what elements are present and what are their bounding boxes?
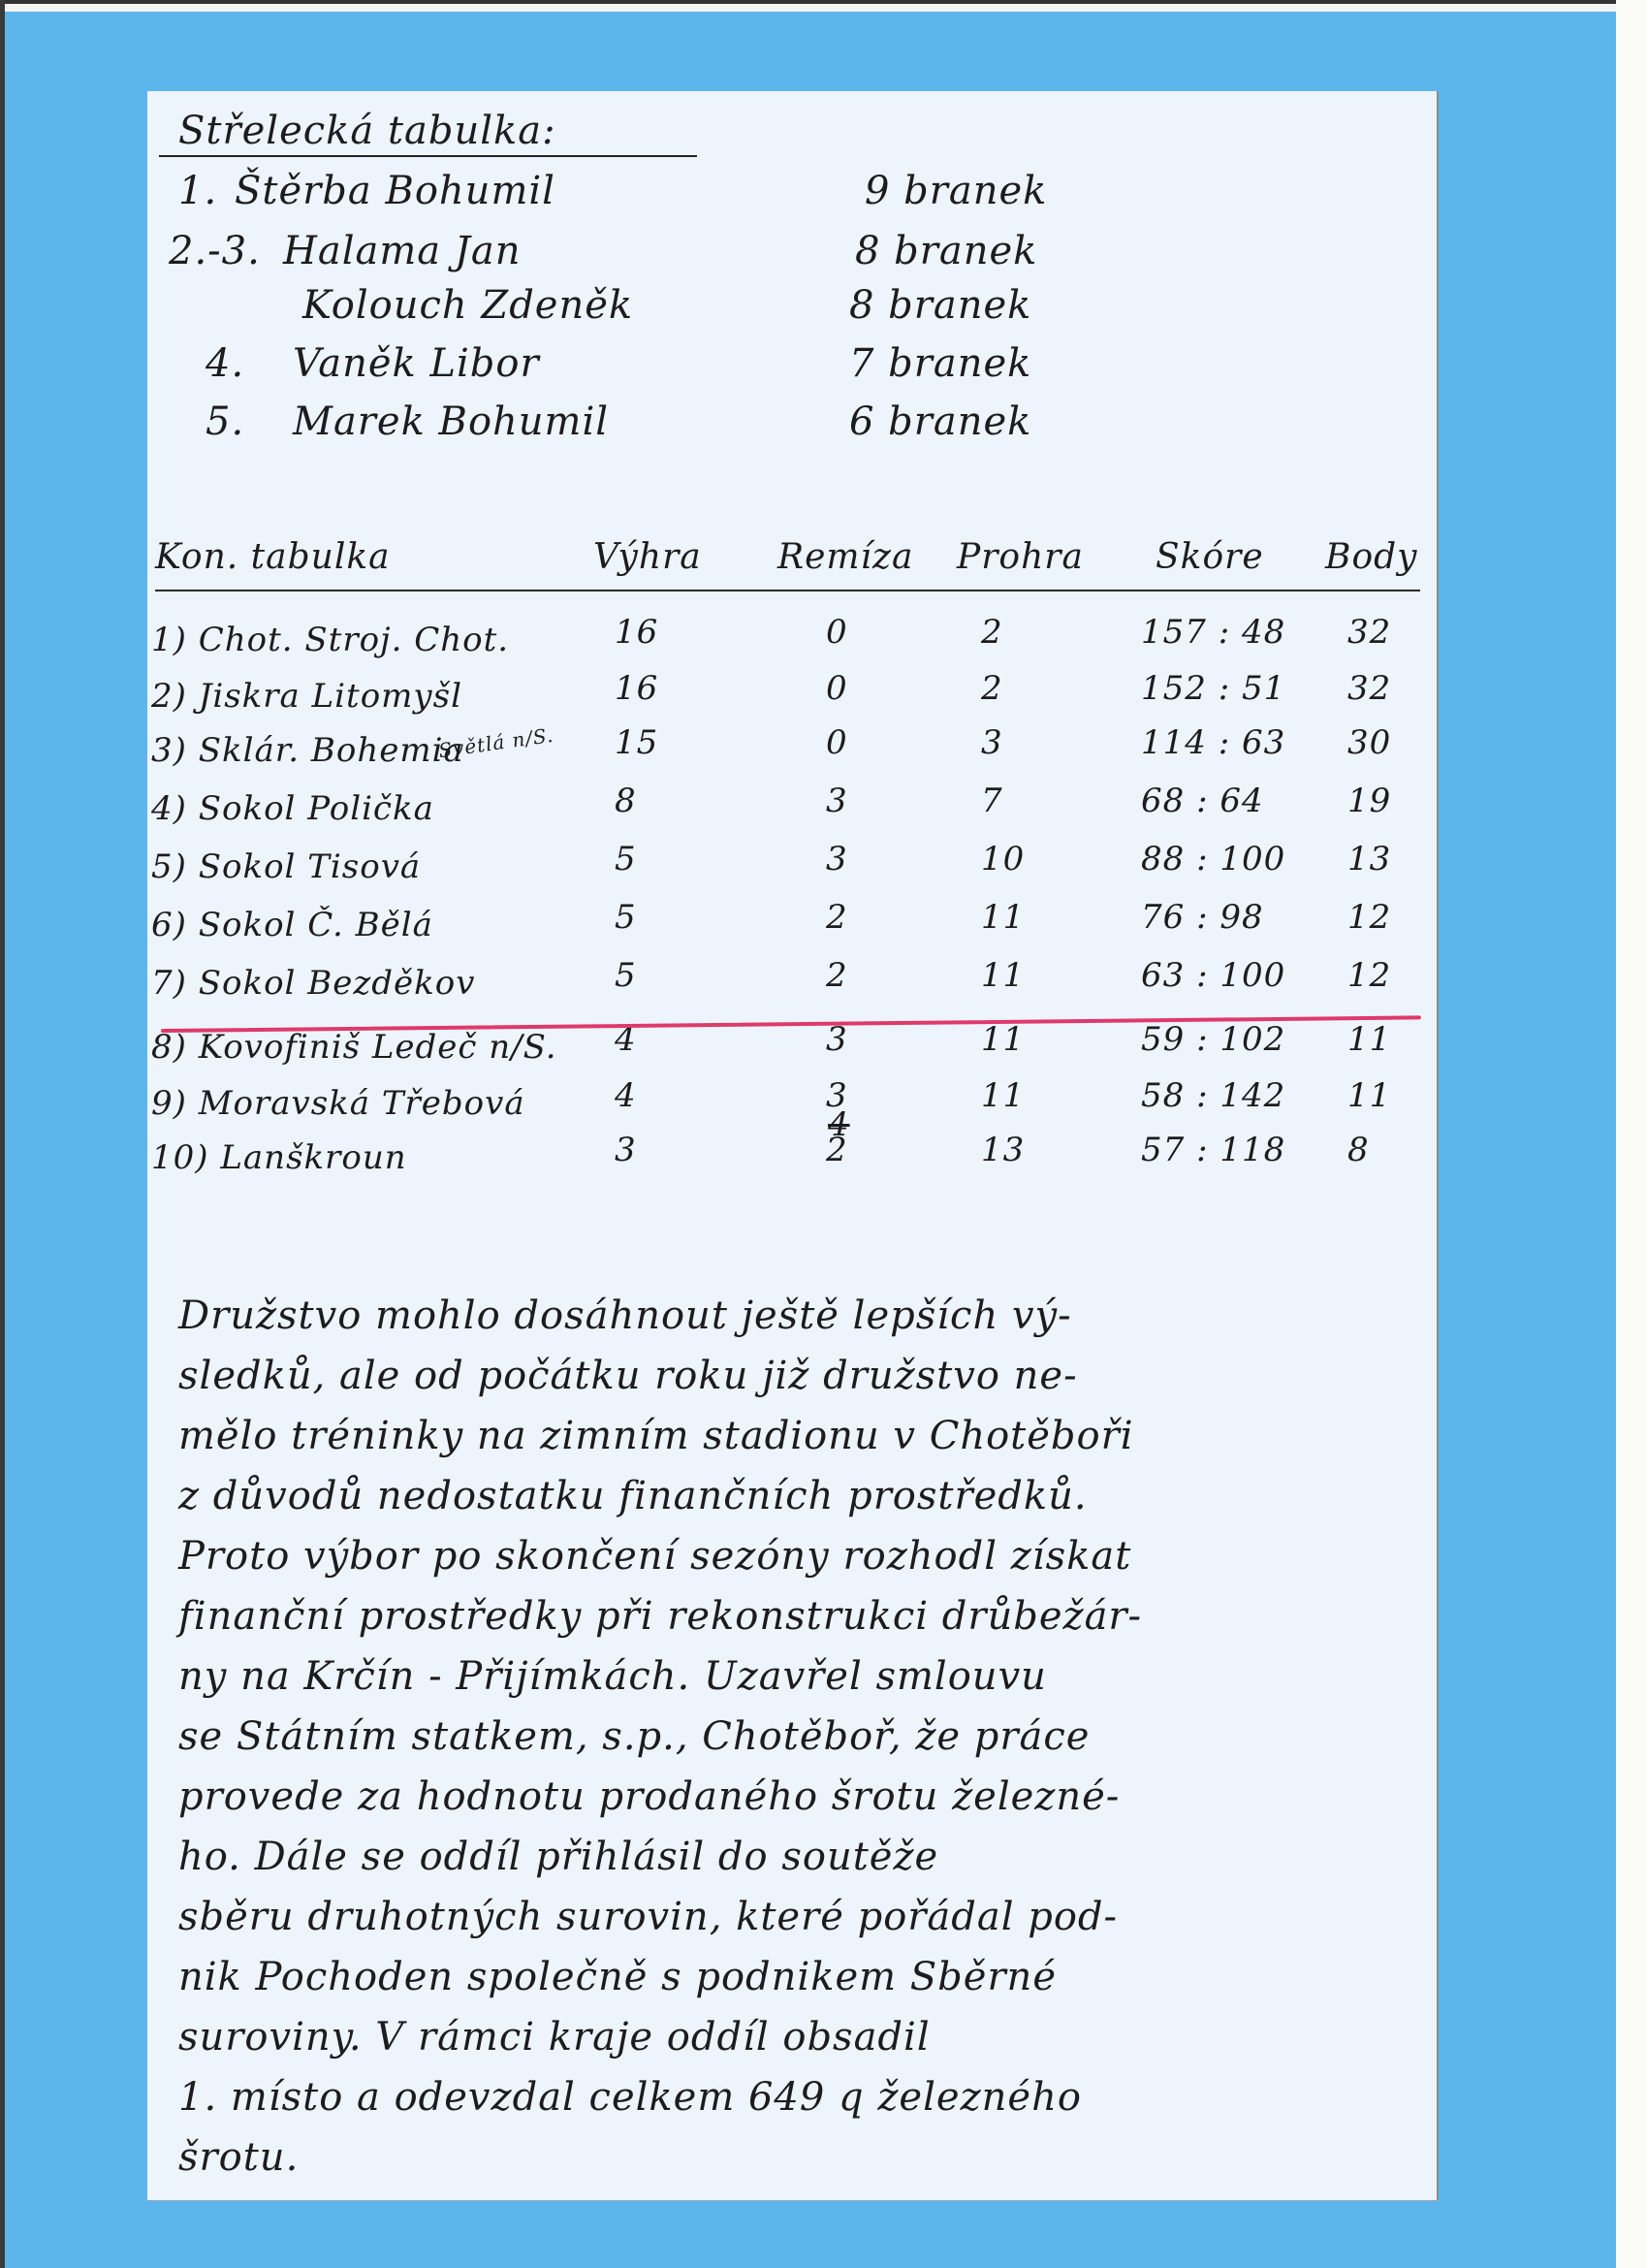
- scorer-rank: 5.: [206, 399, 244, 444]
- wins: 16: [615, 669, 658, 708]
- points: 32: [1347, 613, 1391, 652]
- paragraph-line: šrotu.: [178, 2135, 299, 2180]
- team-name: 9) Moravská Třebová: [151, 1084, 525, 1123]
- paragraph-line: suroviny. V rámci kraje oddíl obsadil: [178, 2015, 931, 2060]
- team-name: 5) Sokol Tisová: [151, 847, 421, 886]
- points: 32: [1347, 669, 1391, 708]
- draws: 2: [826, 898, 848, 937]
- paragraph-line: sledků, ale od počátku roku již družstvo…: [178, 1354, 1078, 1398]
- team-name: 6) Sokol Č. Bělá: [151, 906, 433, 944]
- scorer-goals: 8 branek: [855, 229, 1037, 273]
- score: 88 : 100: [1141, 840, 1285, 878]
- score: 76 : 98: [1141, 898, 1264, 937]
- wins: 5: [615, 898, 637, 937]
- points: 13: [1347, 840, 1391, 878]
- scorer-rank: 4.: [206, 341, 244, 386]
- draws: 0: [826, 669, 848, 708]
- points: 30: [1347, 723, 1391, 762]
- paragraph-line: finanční prostředky při rekonstrukci drů…: [178, 1594, 1142, 1639]
- draws: 2: [826, 1131, 848, 1169]
- draws: 3: [826, 782, 848, 820]
- paragraph-line: sběru druhotných surovin, které pořádal …: [178, 1895, 1118, 1939]
- team-name: 3) Sklár. Bohemia: [151, 731, 464, 770]
- scorer-goals: 7 branek: [849, 341, 1031, 386]
- points: 12: [1347, 956, 1391, 995]
- paragraph-line: ho. Dále se oddíl přihlásil do soutěže: [178, 1835, 938, 1879]
- losses: 2: [981, 669, 1003, 708]
- draws: 0: [826, 723, 848, 762]
- row-note: Světlá n/S.: [437, 723, 555, 762]
- points: 11: [1347, 1076, 1391, 1115]
- paragraph-line: Proto výbor po skončení sezóny rozhodl z…: [178, 1534, 1131, 1579]
- header-wins: Výhra: [593, 537, 702, 577]
- header-points: Body: [1325, 537, 1418, 577]
- header-losses: Prohra: [957, 537, 1084, 577]
- score: 157 : 48: [1141, 613, 1285, 652]
- losses: 10: [981, 840, 1025, 878]
- losses: 7: [981, 782, 1003, 820]
- scan-top-edge: [0, 0, 1647, 12]
- scan-right-margin: [1616, 0, 1647, 2268]
- score: 114 : 63: [1141, 723, 1285, 762]
- losses: 11: [981, 898, 1025, 937]
- team-name: 8) Kovofiniš Ledeč n/S.: [151, 1028, 557, 1067]
- scorer-name: Kolouch Zdeněk: [302, 283, 633, 328]
- scorer-goals: 8 branek: [849, 283, 1031, 328]
- points: 19: [1347, 782, 1391, 820]
- score: 152 : 51: [1141, 669, 1285, 708]
- losses: 3: [981, 723, 1003, 762]
- losses: 13: [981, 1131, 1025, 1169]
- handwritten-page: Střelecká tabulka: 1. Štěrba Bohumil 9 b…: [147, 91, 1439, 2200]
- scorer-rank: 1.: [178, 169, 217, 213]
- paragraph-line: nik Pochoden společně s podnikem Sběrné: [178, 1955, 1057, 1999]
- score: 57 : 118: [1141, 1131, 1285, 1169]
- points: 8: [1347, 1131, 1370, 1169]
- header-score: Skóre: [1156, 537, 1264, 577]
- scorers-title: Střelecká tabulka:: [178, 109, 556, 153]
- wins: 16: [615, 613, 658, 652]
- scorer-name: Štěrba Bohumil: [235, 169, 555, 213]
- points: 11: [1347, 1020, 1391, 1059]
- wins: 8: [615, 782, 637, 820]
- paragraph-line: ny na Krčín - Přijímkách. Uzavřel smlouv…: [178, 1654, 1047, 1699]
- losses: 11: [981, 1020, 1025, 1059]
- paragraph-line: z důvodů nedostatku finančních prostředk…: [178, 1474, 1088, 1518]
- team-name: 1) Chot. Stroj. Chot.: [151, 621, 509, 659]
- draws: 3: [826, 840, 848, 878]
- wins: 3: [615, 1131, 637, 1169]
- paragraph-line: Družstvo mohlo dosáhnout ještě lepších v…: [178, 1294, 1072, 1338]
- wins: 5: [615, 956, 637, 995]
- score: 63 : 100: [1141, 956, 1285, 995]
- losses: 11: [981, 956, 1025, 995]
- paragraph-line: provede za hodnotu prodaného šrotu želez…: [178, 1774, 1120, 1819]
- scorer-goals: 6 branek: [849, 399, 1031, 444]
- paragraph-line: mělo tréninky na zimním stadionu v Chotě…: [178, 1414, 1134, 1458]
- draws: 2: [826, 956, 848, 995]
- header-underline: [155, 590, 1420, 591]
- league-title: Kon. tabulka: [155, 537, 391, 577]
- losses: 11: [981, 1076, 1025, 1115]
- wins: 5: [615, 840, 637, 878]
- scorer-name: Vaněk Libor: [293, 341, 540, 386]
- draws: 3: [826, 1020, 848, 1059]
- wins: 15: [615, 723, 658, 762]
- points: 12: [1347, 898, 1391, 937]
- scorer-name: Halama Jan: [283, 229, 522, 273]
- scorer-goals: 9 branek: [865, 169, 1047, 213]
- draws: 0: [826, 613, 848, 652]
- team-name: 10) Lanškroun: [151, 1138, 407, 1177]
- team-name: 4) Sokol Polička: [151, 789, 434, 828]
- wins: 4: [615, 1076, 637, 1115]
- scorer-rank: 2.-3.: [169, 229, 261, 273]
- paragraph-line: 1. místo a odevzdal celkem 649 q železné…: [178, 2075, 1082, 2120]
- score: 68 : 64: [1141, 782, 1264, 820]
- header-draws: Remíza: [777, 537, 914, 577]
- team-name: 7) Sokol Bezděkov: [151, 964, 475, 1003]
- losses: 2: [981, 613, 1003, 652]
- title-underline: [159, 155, 697, 157]
- score: 58 : 142: [1141, 1076, 1285, 1115]
- paragraph-line: se Státním statkem, s.p., Chotěboř, že p…: [178, 1714, 1090, 1759]
- scorer-name: Marek Bohumil: [293, 399, 609, 444]
- team-name: 2) Jiskra Litomyšl: [151, 677, 462, 716]
- scan-left-edge: [0, 0, 5, 2268]
- score: 59 : 102: [1141, 1020, 1285, 1059]
